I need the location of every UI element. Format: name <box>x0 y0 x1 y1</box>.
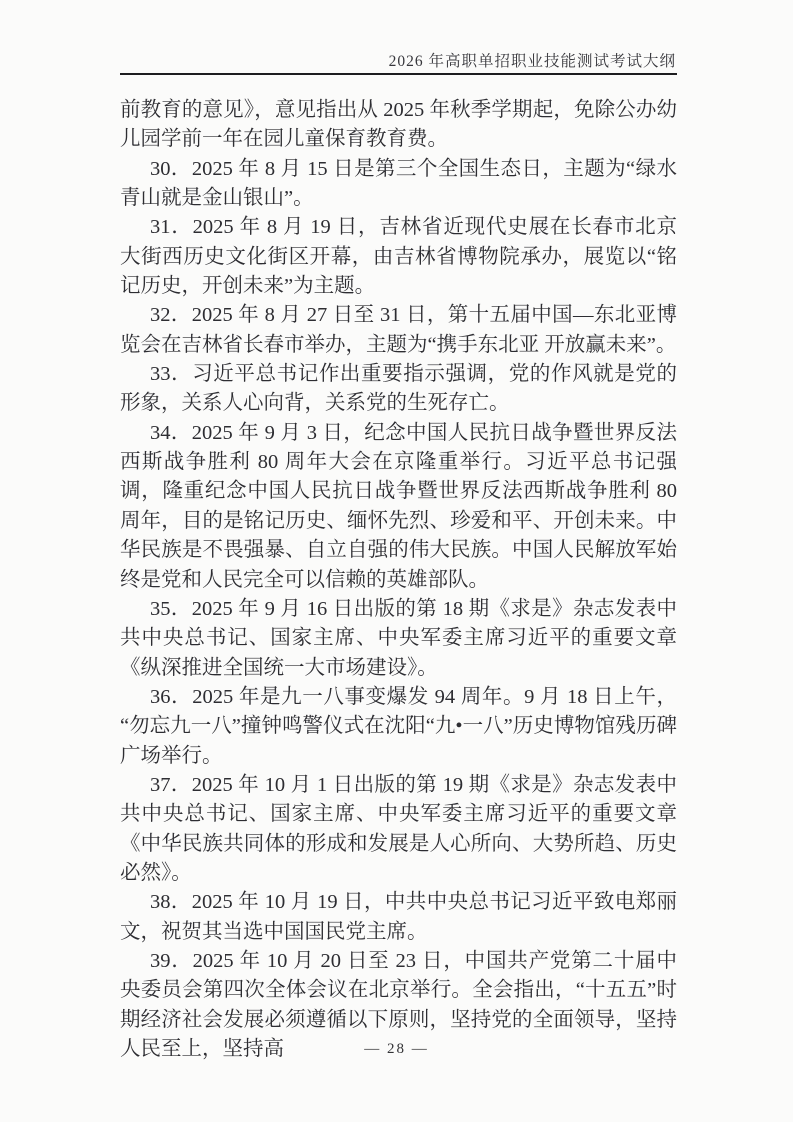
paragraph: 30．2025 年 8 月 15 日是第三个全国生态日，主题为“绿水青山就是金山… <box>120 155 677 214</box>
page-number: — 28 — <box>0 1041 793 1058</box>
paragraph: 32．2025 年 8 月 27 日至 31 日，第十五届中国—东北亚博览会在吉… <box>120 301 677 360</box>
paragraph: 36．2025 年是九一八事变爆发 94 周年。9 月 18 日上午，“勿忘九一… <box>120 683 677 771</box>
paragraph: 35．2025 年 9 月 16 日出版的第 18 期《求是》杂志发表中共中央总… <box>120 595 677 683</box>
paragraph: 31．2025 年 8 月 19 日，吉林省近现代史展在长春市北京大街西历史文化… <box>120 213 677 301</box>
header-rule <box>120 73 677 75</box>
paragraph: 前教育的意见》，意见指出从 2025 年秋季学期起，免除公办幼儿园学前一年在园儿… <box>120 96 677 155</box>
paragraph: 37．2025 年 10 月 1 日出版的第 19 期《求是》杂志发表中共中央总… <box>120 771 677 888</box>
paragraph: 34．2025 年 9 月 3 日，纪念中国人民抗日战争暨世界反法西斯战争胜利 … <box>120 419 677 595</box>
paragraph: 38．2025 年 10 月 19 日，中共中央总书记习近平致电郑丽文，祝贺其当… <box>120 888 677 947</box>
document-page: 2026 年高职单招职业技能测试考试大纲 前教育的意见》，意见指出从 2025 … <box>0 0 793 1122</box>
page-header-title: 2026 年高职单招职业技能测试考试大纲 <box>389 49 676 71</box>
paragraph: 33．习近平总书记作出重要指示强调，党的作风就是党的形象，关系人心向背，关系党的… <box>120 360 677 419</box>
body-paragraphs: 前教育的意见》，意见指出从 2025 年秋季学期起，免除公办幼儿园学前一年在园儿… <box>120 96 677 1064</box>
